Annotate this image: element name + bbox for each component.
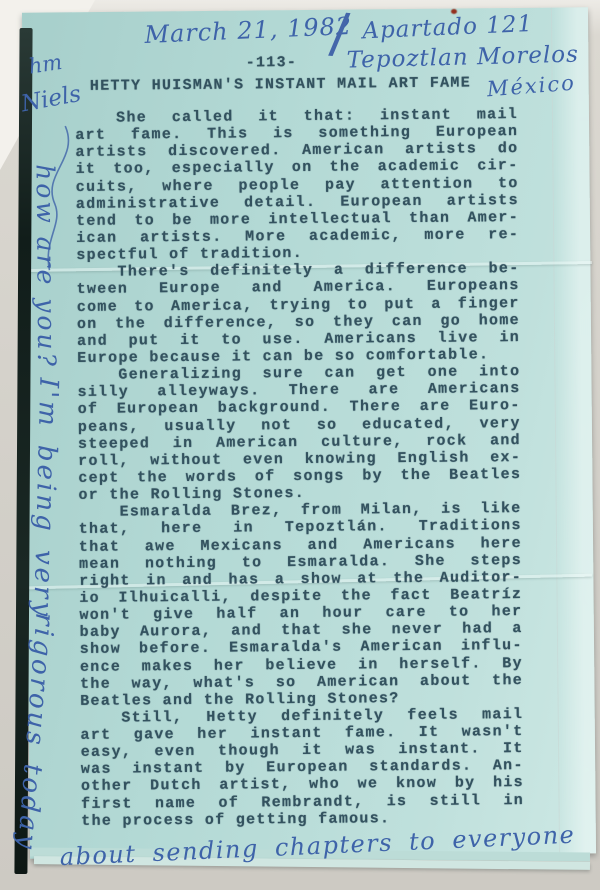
page-title: HETTY HUISMAN'S INSTANT MAIL ART FAME bbox=[90, 74, 471, 94]
handwritten-margin-note-3: rigorous today bbox=[11, 612, 60, 853]
red-ink-dot bbox=[451, 9, 457, 14]
handwritten-margin-note-1: how are you? bbox=[31, 164, 62, 369]
handwritten-address-line-1: Apartado 121 bbox=[362, 11, 534, 44]
handwritten-address-line-3: México bbox=[486, 71, 577, 102]
handwritten-margin-greeting: hm bbox=[27, 50, 64, 79]
typed-body: Shecalleditthat:instantmailartfame.Thisi… bbox=[75, 106, 524, 830]
page-content: -113- HETTY HUISMAN'S INSTANT MAIL ART F… bbox=[0, 0, 600, 890]
handwritten-margin-name: Niels bbox=[19, 81, 83, 118]
scanned-document: -113- HETTY HUISMAN'S INSTANT MAIL ART F… bbox=[0, 0, 600, 890]
handwritten-date: March 21, 1982 bbox=[144, 12, 353, 49]
page-number: -113- bbox=[246, 54, 298, 71]
handwritten-address-line-2: Tepoztlan Morelos bbox=[346, 42, 579, 74]
handwritten-margin-note-2: I'm being very bbox=[27, 377, 63, 619]
